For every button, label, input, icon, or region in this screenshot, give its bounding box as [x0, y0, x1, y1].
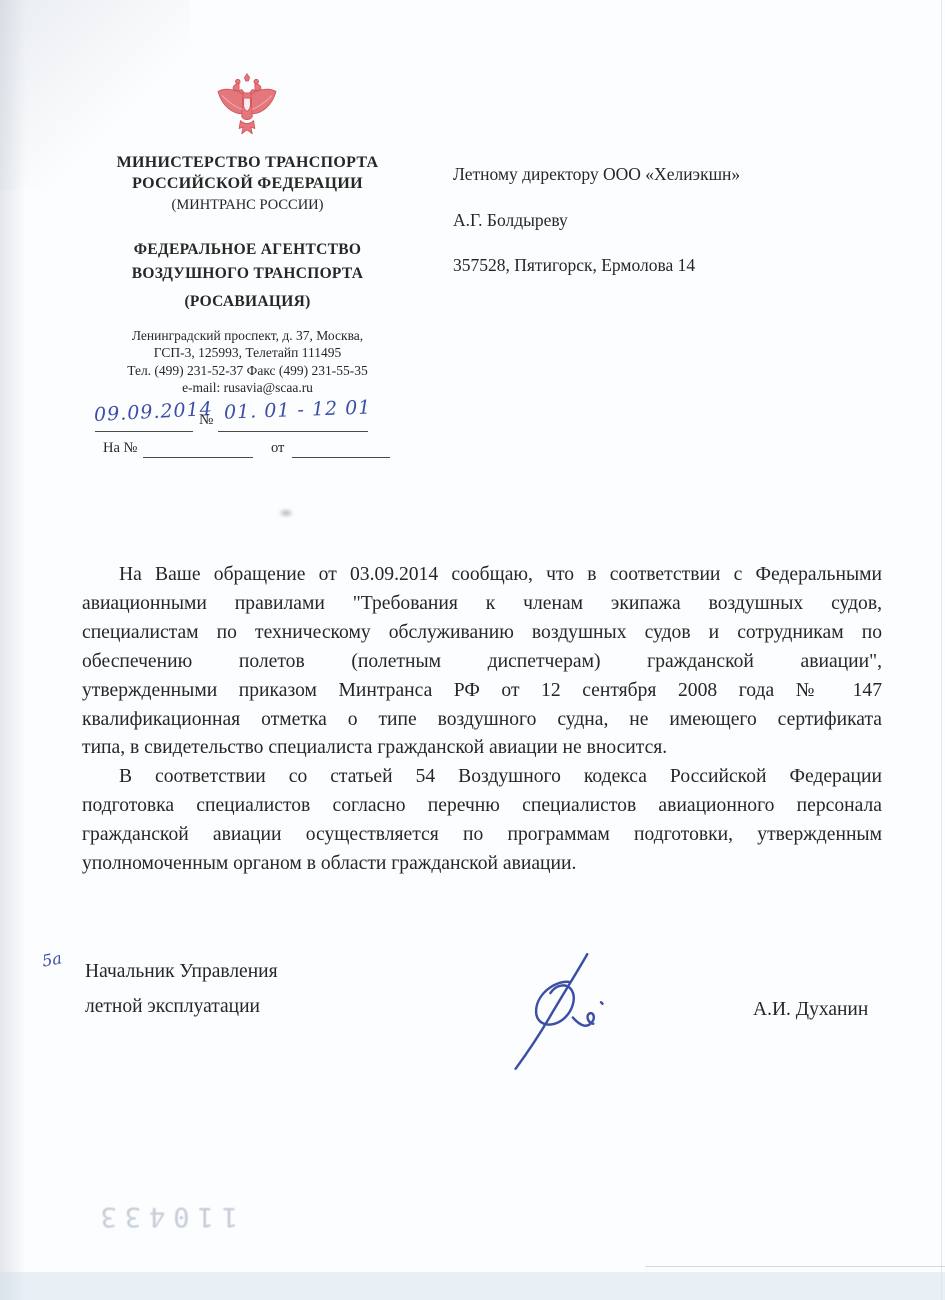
letter-body: На Ваше обращение от 03.09.2014 сообщаю,… [82, 561, 882, 879]
recipient-name: А.Г. Болдыреву [453, 210, 568, 231]
body-line: В соответствии со статьей 54 Воздушного … [82, 763, 882, 792]
scan-edge-shadow [0, 0, 26, 1300]
body-line: специалистам по техническому обслуживани… [82, 619, 882, 648]
paragraph-1: На Ваше обращение от 03.09.2014 сообщаю,… [82, 561, 882, 763]
letterhead-address-line1: Ленинградский проспект, д. 37, Москва, [55, 327, 440, 344]
letterhead-address-line3: Тел. (499) 231-52-37 Факс (499) 231-55-3… [55, 362, 440, 379]
letterhead-email: e-mail: rusavia@scaa.ru [55, 379, 440, 396]
handwritten-date: 09.09.2014 [94, 398, 214, 426]
ministry-name-line1: МИНИСТЕРСТВО ТРАНСПОРТА [55, 152, 440, 173]
signature-icon [486, 944, 624, 1082]
scanned-letter-page: МИНИСТЕРСТВО ТРАНСПОРТА РОССИЙСКОЙ ФЕДЕР… [0, 0, 945, 1300]
scan-edge-line [941, 0, 942, 1300]
ministry-name-line2: РОССИЙСКОЙ ФЕДЕРАЦИИ [55, 173, 440, 194]
paragraph-2: В соответствии со статьей 54 Воздушного … [82, 763, 882, 879]
letterhead: МИНИСТЕРСТВО ТРАНСПОРТА РОССИЙСКОЙ ФЕДЕР… [55, 152, 440, 397]
reply-date-underline [292, 440, 390, 458]
body-line: обеспечению полетов (полетным диспетчера… [82, 648, 882, 677]
handwritten-margin-mark: 5а [41, 948, 64, 970]
recipient-title: Летному директору ООО «Хелиэкшн» [453, 164, 740, 185]
reply-from-label: от [271, 440, 284, 457]
signer-position-line1: Начальник Управления [85, 961, 278, 983]
scan-bottom-line [645, 1266, 945, 1267]
bleedthrough-stamp-number: 110433 [58, 1192, 238, 1232]
letterhead-address-line2: ГСП-3, 125993, Телетайп 111495 [55, 344, 440, 361]
body-line: утвержденными приказом Минтранса РФ от 1… [82, 677, 882, 706]
agency-name-line2: ВОЗДУШНОГО ТРАНСПОРТА [55, 262, 440, 286]
coat-of-arms-eagle-icon [214, 72, 280, 148]
ministry-short-name: (МИНТРАНС РОССИИ) [55, 194, 440, 216]
reply-to-label: На № [103, 440, 137, 457]
body-line: авиационными правилами "Требования к чле… [82, 590, 882, 619]
body-line: гражданской авиации осуществляется по пр… [82, 821, 882, 850]
agency-short-name: (РОСАВИАЦИЯ) [55, 290, 440, 314]
number-sign-label: № [199, 412, 213, 429]
body-line: На Ваше обращение от 03.09.2014 сообщаю,… [82, 561, 882, 590]
reply-number-underline [143, 440, 253, 458]
agency-name-line1: ФЕДЕРАЛЬНОЕ АГЕНТСТВО [55, 238, 440, 262]
body-line: подготовка специалистов согласно перечню… [82, 792, 882, 821]
body-line: типа, в свидетельство специалиста гражда… [82, 734, 882, 763]
body-line: квалификационная отметка о типе воздушно… [82, 706, 882, 735]
signer-name: А.И. Духанин [753, 999, 868, 1021]
signer-position-line2: летной эксплуатации [85, 996, 260, 1018]
scan-bottom-strip [0, 1272, 945, 1300]
body-line: уполномоченным органом в области граждан… [82, 850, 882, 879]
paper-smudge [278, 508, 294, 518]
recipient-address: 357528, Пятигорск, Ермолова 14 [453, 255, 695, 276]
